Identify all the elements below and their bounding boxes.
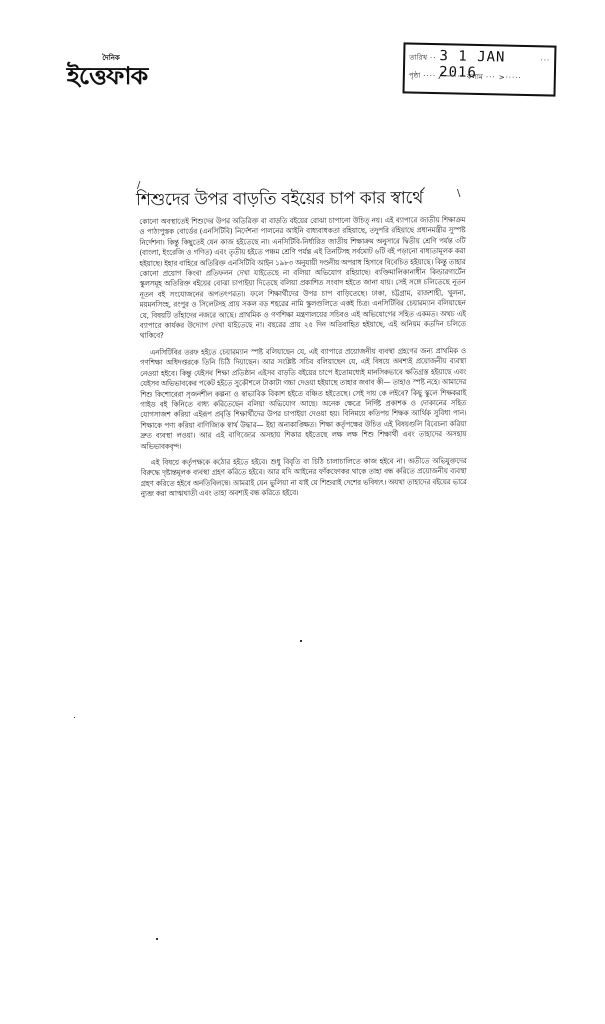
article-headline: শিশুদের উপর বাড়তি বইয়ের চাপ কার স্বার্… xyxy=(136,185,476,215)
article-body: কোনো অবস্থাতেই শিশুদের উপর অতিরিক্ত বা ব… xyxy=(139,215,467,505)
masthead-daily-label: দৈনিক xyxy=(60,54,162,62)
stamp-dots: ···· xyxy=(423,72,436,80)
article-paragraph: এই বিষয়ে কর্তৃপক্ষকে কঠোর হইতে হইবে। শু… xyxy=(141,456,467,499)
article-paragraph: কোনো অবস্থাতেই শিশুদের উপর অতিরিক্ত বা ব… xyxy=(139,215,466,342)
scan-speck xyxy=(156,938,158,940)
stamp-dots: ··· xyxy=(454,72,464,80)
scan-speck xyxy=(74,717,75,718)
newspaper-masthead: দৈনিক ইত্তেফাক xyxy=(52,54,162,90)
stamp-dots: ··· >····· xyxy=(486,73,522,82)
masthead-newspaper-name: ইত্তেফাক xyxy=(49,62,165,90)
stamp-dots: ·· xyxy=(430,54,437,62)
article-paragraph: এনসিটিবির তরফ হইতে চেয়ারম্যান স্পষ্ট বল… xyxy=(140,346,467,452)
stamp-signature-mark: /— xyxy=(439,71,451,81)
scan-speck xyxy=(300,640,302,642)
stamp-column-label: কলাম xyxy=(467,71,483,83)
date-stamp: তারিখ ·· 3 1 JAN 2016 ··· পৃষ্ঠা ···· /—… xyxy=(402,42,556,96)
stamp-date-label: তারিখ xyxy=(409,52,427,64)
stamp-dots: ··· xyxy=(540,56,550,64)
stamp-page-label: পৃষ্ঠা xyxy=(409,70,421,82)
